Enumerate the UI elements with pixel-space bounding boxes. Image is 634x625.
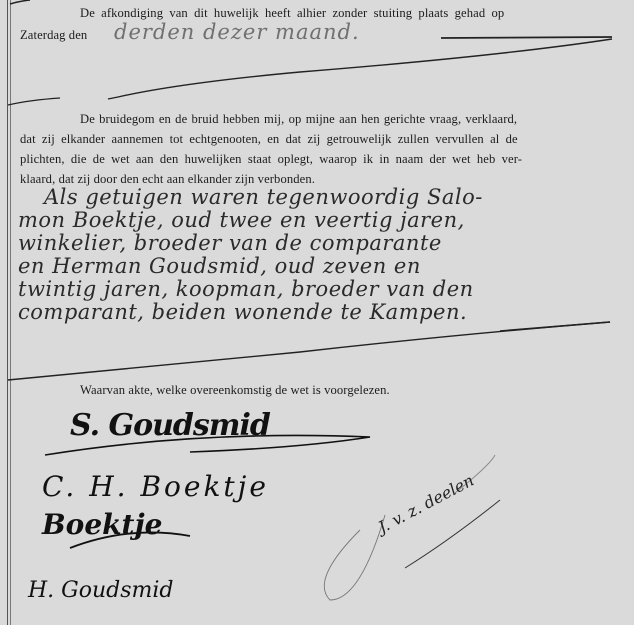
signature-witness-1: Boektje: [42, 508, 162, 541]
signature-witness-2: H. Goudsmid: [28, 578, 174, 603]
document-page: De afkondiging van dit huwelijk heeft al…: [0, 0, 634, 625]
signature-bride: C. H. Boektje: [42, 470, 269, 503]
